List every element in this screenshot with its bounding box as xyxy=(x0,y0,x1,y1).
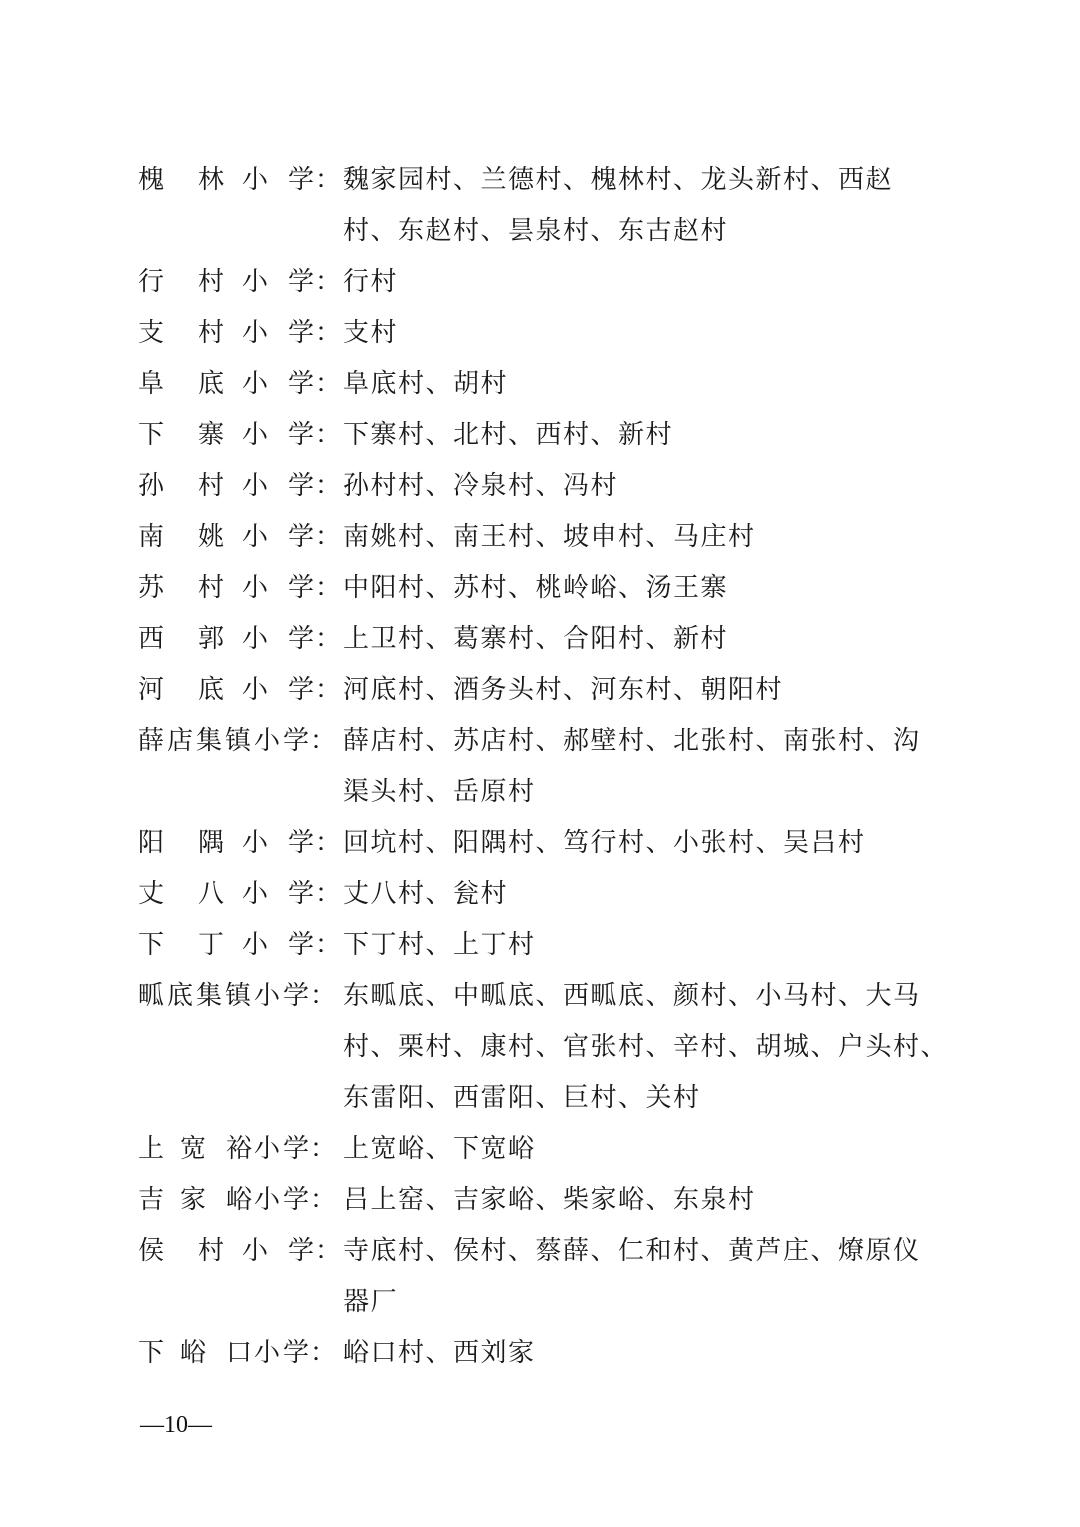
school-name-char: 薛 xyxy=(138,716,164,767)
school-entry: 吉家峪小学：吕上窑、吉家峪、柴家峪、东泉村 xyxy=(138,1175,958,1226)
village-list: 薛店村、苏店村、郝壁村、北张村、南张村、沟渠头村、岳原村 xyxy=(343,716,958,818)
village-list: 吕上窑、吉家峪、柴家峪、东泉村 xyxy=(343,1175,958,1226)
village-line: 中阳村、苏村、桃岭峪、汤王寨 xyxy=(343,563,958,614)
village-list: 南姚村、南王村、坡申村、马庄村 xyxy=(343,512,958,563)
school-name-char: 丁 xyxy=(198,920,224,971)
school-name-char: 丈 xyxy=(138,869,164,920)
school-name-char: 学 xyxy=(288,359,314,410)
school-name-char: 小 xyxy=(242,920,268,971)
village-line: 孙村村、冷泉村、冯村 xyxy=(343,461,958,512)
school-name: 苏村小学： xyxy=(138,563,343,614)
school-name-char: 口 xyxy=(226,1328,252,1379)
school-name: 薛店集镇小学： xyxy=(138,716,343,767)
village-list: 支村 xyxy=(343,308,958,359)
school-name-char: 畖 xyxy=(138,971,164,1022)
village-list: 阜底村、胡村 xyxy=(343,359,958,410)
school-name-char: ： xyxy=(310,971,336,1022)
village-list: 魏家园村、兰德村、槐林村、龙头新村、西赵村、东赵村、昙泉村、东古赵村 xyxy=(343,155,958,257)
school-name: 支村小学： xyxy=(138,308,343,359)
school-name-char: ： xyxy=(315,155,341,206)
village-line: 丈八村、瓮村 xyxy=(343,869,958,920)
school-name-char: 小 xyxy=(242,461,268,512)
school-name-char: ： xyxy=(315,869,341,920)
school-entry: 薛店集镇小学：薛店村、苏店村、郝壁村、北张村、南张村、沟渠头村、岳原村 xyxy=(138,716,958,818)
school-name: 畖底集镇小学： xyxy=(138,971,343,1022)
school-entry: 支村小学：支村 xyxy=(138,308,958,359)
school-name-char: 吉 xyxy=(138,1175,164,1226)
school-name-char: ： xyxy=(315,614,341,665)
school-name-char: ： xyxy=(315,1226,341,1277)
school-name-char: 小 xyxy=(242,869,268,920)
school-name-char: 小 xyxy=(242,665,268,716)
village-list: 东畖底、中畖底、西畖底、颜村、小马村、大马村、栗村、康村、官张村、辛村、胡城、户… xyxy=(343,971,958,1124)
village-line: 薛店村、苏店村、郝壁村、北张村、南张村、沟 xyxy=(343,716,958,767)
village-line: 支村 xyxy=(343,308,958,359)
school-name-char: 孙 xyxy=(138,461,164,512)
school-name-char: 阜 xyxy=(138,359,164,410)
school-name-char: 小 xyxy=(242,308,268,359)
village-line: 寺底村、侯村、蔡薛、仁和村、黄芦庄、燎原仪 xyxy=(343,1226,958,1277)
school-name-char: 学 xyxy=(283,1328,309,1379)
village-line: 村、东赵村、昙泉村、东古赵村 xyxy=(343,206,958,257)
school-name-char: 底 xyxy=(198,665,224,716)
school-entry: 下寨小学：下寨村、北村、西村、新村 xyxy=(138,410,958,461)
school-name-char: 苏 xyxy=(138,563,164,614)
village-list: 上宽峪、下宽峪 xyxy=(343,1124,958,1175)
school-name-char: 学 xyxy=(288,257,314,308)
school-name-char: ： xyxy=(315,563,341,614)
school-name-char: 小 xyxy=(242,512,268,563)
school-name: 河底小学： xyxy=(138,665,343,716)
school-name-char: ： xyxy=(315,308,341,359)
school-entry: 河底小学：河底村、酒务头村、河东村、朝阳村 xyxy=(138,665,958,716)
school-name-char: 小 xyxy=(254,1175,280,1226)
school-entry: 阳隅小学：回坑村、阳隅村、笃行村、小张村、吴吕村 xyxy=(138,818,958,869)
school-name-char: 南 xyxy=(138,512,164,563)
school-name-char: 姚 xyxy=(198,512,224,563)
school-name-char: 镇 xyxy=(225,971,251,1022)
school-entry: 侯村小学：寺底村、侯村、蔡薛、仁和村、黄芦庄、燎原仪器厂 xyxy=(138,1226,958,1328)
school-name-char: 侯 xyxy=(138,1226,164,1277)
school-name-char: 学 xyxy=(283,716,309,767)
village-line: 回坑村、阳隅村、笃行村、小张村、吴吕村 xyxy=(343,818,958,869)
school-name-char: 学 xyxy=(288,461,314,512)
school-name-char: 西 xyxy=(138,614,164,665)
school-name: 阳隅小学： xyxy=(138,818,343,869)
school-name-char: 小 xyxy=(242,155,268,206)
school-name-char: 镇 xyxy=(225,716,251,767)
village-list: 行村 xyxy=(343,257,958,308)
village-line: 吕上窑、吉家峪、柴家峪、东泉村 xyxy=(343,1175,958,1226)
village-list: 回坑村、阳隅村、笃行村、小张村、吴吕村 xyxy=(343,818,958,869)
school-name-char: 小 xyxy=(254,971,280,1022)
school-entry: 阜底小学：阜底村、胡村 xyxy=(138,359,958,410)
school-name: 侯村小学： xyxy=(138,1226,343,1277)
village-line: 河底村、酒务头村、河东村、朝阳村 xyxy=(343,665,958,716)
school-name: 南姚小学： xyxy=(138,512,343,563)
school-name-char: 下 xyxy=(138,1328,164,1379)
village-line: 上卫村、葛寨村、合阳村、新村 xyxy=(343,614,958,665)
village-line: 南姚村、南王村、坡申村、马庄村 xyxy=(343,512,958,563)
school-name-char: 小 xyxy=(242,818,268,869)
school-name-char: 八 xyxy=(198,869,224,920)
school-name-char: 学 xyxy=(283,1175,309,1226)
document-page: 槐林小学：魏家园村、兰德村、槐林村、龙头新村、西赵村、东赵村、昙泉村、东古赵村行… xyxy=(0,0,1080,1527)
school-name-char: ： xyxy=(310,1175,336,1226)
school-name-char: 学 xyxy=(288,869,314,920)
school-name-char: 学 xyxy=(288,563,314,614)
school-name: 槐林小学： xyxy=(138,155,343,206)
school-name-char: 小 xyxy=(254,716,280,767)
school-name-char: ： xyxy=(315,257,341,308)
school-name-char: 支 xyxy=(138,308,164,359)
school-name-char: 学 xyxy=(283,1124,309,1175)
school-name-char: 学 xyxy=(288,920,314,971)
school-name-char: 小 xyxy=(242,359,268,410)
village-line: 上宽峪、下宽峪 xyxy=(343,1124,958,1175)
school-name-char: 小 xyxy=(242,563,268,614)
school-name-char: ： xyxy=(315,818,341,869)
village-line: 魏家园村、兰德村、槐林村、龙头新村、西赵 xyxy=(343,155,958,206)
school-name-char: 村 xyxy=(198,308,224,359)
school-name-char: ： xyxy=(310,1124,336,1175)
village-list: 河底村、酒务头村、河东村、朝阳村 xyxy=(343,665,958,716)
school-name-char: 郭 xyxy=(198,614,224,665)
school-name-char: 底 xyxy=(198,359,224,410)
school-entry: 下丁小学：下丁村、上丁村 xyxy=(138,920,958,971)
school-name: 孙村小学： xyxy=(138,461,343,512)
school-name-char: 集 xyxy=(196,971,222,1022)
school-name: 吉家峪小学： xyxy=(138,1175,343,1226)
school-name-char: 学 xyxy=(288,410,314,461)
village-line: 东畖底、中畖底、西畖底、颜村、小马村、大马 xyxy=(343,971,958,1022)
village-line: 东雷阳、西雷阳、巨村、关村 xyxy=(343,1073,958,1124)
school-name-char: 隅 xyxy=(198,818,224,869)
school-name: 行村小学： xyxy=(138,257,343,308)
school-name-char: 小 xyxy=(242,257,268,308)
school-entry: 槐林小学：魏家园村、兰德村、槐林村、龙头新村、西赵村、东赵村、昙泉村、东古赵村 xyxy=(138,155,958,257)
village-list: 下寨村、北村、西村、新村 xyxy=(343,410,958,461)
school-name: 下丁小学： xyxy=(138,920,343,971)
school-name: 下寨小学： xyxy=(138,410,343,461)
school-name-char: 林 xyxy=(198,155,224,206)
school-name-char: ： xyxy=(310,716,336,767)
school-name-char: 底 xyxy=(167,971,193,1022)
school-name-char: 槐 xyxy=(138,155,164,206)
school-name-char: 小 xyxy=(242,1226,268,1277)
school-name-char: 小 xyxy=(254,1328,280,1379)
school-name-char: 村 xyxy=(198,1226,224,1277)
school-name-char: 小 xyxy=(254,1124,280,1175)
school-name-char: ： xyxy=(315,512,341,563)
school-name-char: 小 xyxy=(242,614,268,665)
school-name-char: 宽 xyxy=(180,1124,206,1175)
village-list: 寺底村、侯村、蔡薛、仁和村、黄芦庄、燎原仪器厂 xyxy=(343,1226,958,1328)
school-entry: 丈八小学：丈八村、瓮村 xyxy=(138,869,958,920)
school-name-char: 河 xyxy=(138,665,164,716)
school-entry: 孙村小学：孙村村、冷泉村、冯村 xyxy=(138,461,958,512)
school-name: 阜底小学： xyxy=(138,359,343,410)
school-name-char: ： xyxy=(315,461,341,512)
school-name-char: 寨 xyxy=(198,410,224,461)
school-entry: 南姚小学：南姚村、南王村、坡申村、马庄村 xyxy=(138,512,958,563)
school-name-char: 小 xyxy=(242,410,268,461)
school-village-list: 槐林小学：魏家园村、兰德村、槐林村、龙头新村、西赵村、东赵村、昙泉村、东古赵村行… xyxy=(138,155,958,1379)
school-name-char: 家 xyxy=(180,1175,206,1226)
village-list: 上卫村、葛寨村、合阳村、新村 xyxy=(343,614,958,665)
village-line: 下寨村、北村、西村、新村 xyxy=(343,410,958,461)
village-line: 下丁村、上丁村 xyxy=(343,920,958,971)
school-name-char: 学 xyxy=(283,971,309,1022)
village-line: 渠头村、岳原村 xyxy=(343,767,958,818)
school-entry: 畖底集镇小学：东畖底、中畖底、西畖底、颜村、小马村、大马村、栗村、康村、官张村、… xyxy=(138,971,958,1124)
school-name: 下峪口小学： xyxy=(138,1328,343,1379)
school-name-char: 上 xyxy=(138,1124,164,1175)
school-name-char: 峪 xyxy=(226,1175,252,1226)
school-name-char: 集 xyxy=(196,716,222,767)
school-name: 西郭小学： xyxy=(138,614,343,665)
village-list: 下丁村、上丁村 xyxy=(343,920,958,971)
village-line: 器厂 xyxy=(343,1277,958,1328)
school-name-char: 村 xyxy=(198,563,224,614)
school-name-char: 下 xyxy=(138,410,164,461)
school-name: 上宽裕小学： xyxy=(138,1124,343,1175)
school-name-char: 店 xyxy=(167,716,193,767)
school-name-char: ： xyxy=(315,665,341,716)
school-name-char: 学 xyxy=(288,665,314,716)
school-name-char: 裕 xyxy=(226,1124,252,1175)
school-entry: 行村小学：行村 xyxy=(138,257,958,308)
school-entry: 西郭小学：上卫村、葛寨村、合阳村、新村 xyxy=(138,614,958,665)
school-name-char: ： xyxy=(315,359,341,410)
village-list: 中阳村、苏村、桃岭峪、汤王寨 xyxy=(343,563,958,614)
village-list: 孙村村、冷泉村、冯村 xyxy=(343,461,958,512)
school-name-char: 学 xyxy=(288,155,314,206)
school-name-char: 学 xyxy=(288,614,314,665)
school-name-char: 学 xyxy=(288,1226,314,1277)
school-name-char: 村 xyxy=(198,257,224,308)
school-name-char: ： xyxy=(310,1328,336,1379)
village-line: 村、栗村、康村、官张村、辛村、胡城、户头村、 xyxy=(343,1022,958,1073)
school-name-char: ： xyxy=(315,920,341,971)
school-name-char: 学 xyxy=(288,512,314,563)
village-line: 行村 xyxy=(343,257,958,308)
school-name: 丈八小学： xyxy=(138,869,343,920)
school-entry: 下峪口小学：峪口村、西刘家 xyxy=(138,1328,958,1379)
page-number: —10— xyxy=(140,1412,212,1439)
school-name-char: 峪 xyxy=(180,1328,206,1379)
village-line: 峪口村、西刘家 xyxy=(343,1328,958,1379)
school-name-char: 学 xyxy=(288,818,314,869)
school-name-char: 村 xyxy=(198,461,224,512)
school-name-char: 学 xyxy=(288,308,314,359)
school-name-char: 阳 xyxy=(138,818,164,869)
school-name-char: 下 xyxy=(138,920,164,971)
school-entry: 苏村小学：中阳村、苏村、桃岭峪、汤王寨 xyxy=(138,563,958,614)
school-name-char: 行 xyxy=(138,257,164,308)
village-list: 丈八村、瓮村 xyxy=(343,869,958,920)
school-name-char: ： xyxy=(315,410,341,461)
school-entry: 上宽裕小学：上宽峪、下宽峪 xyxy=(138,1124,958,1175)
village-list: 峪口村、西刘家 xyxy=(343,1328,958,1379)
village-line: 阜底村、胡村 xyxy=(343,359,958,410)
